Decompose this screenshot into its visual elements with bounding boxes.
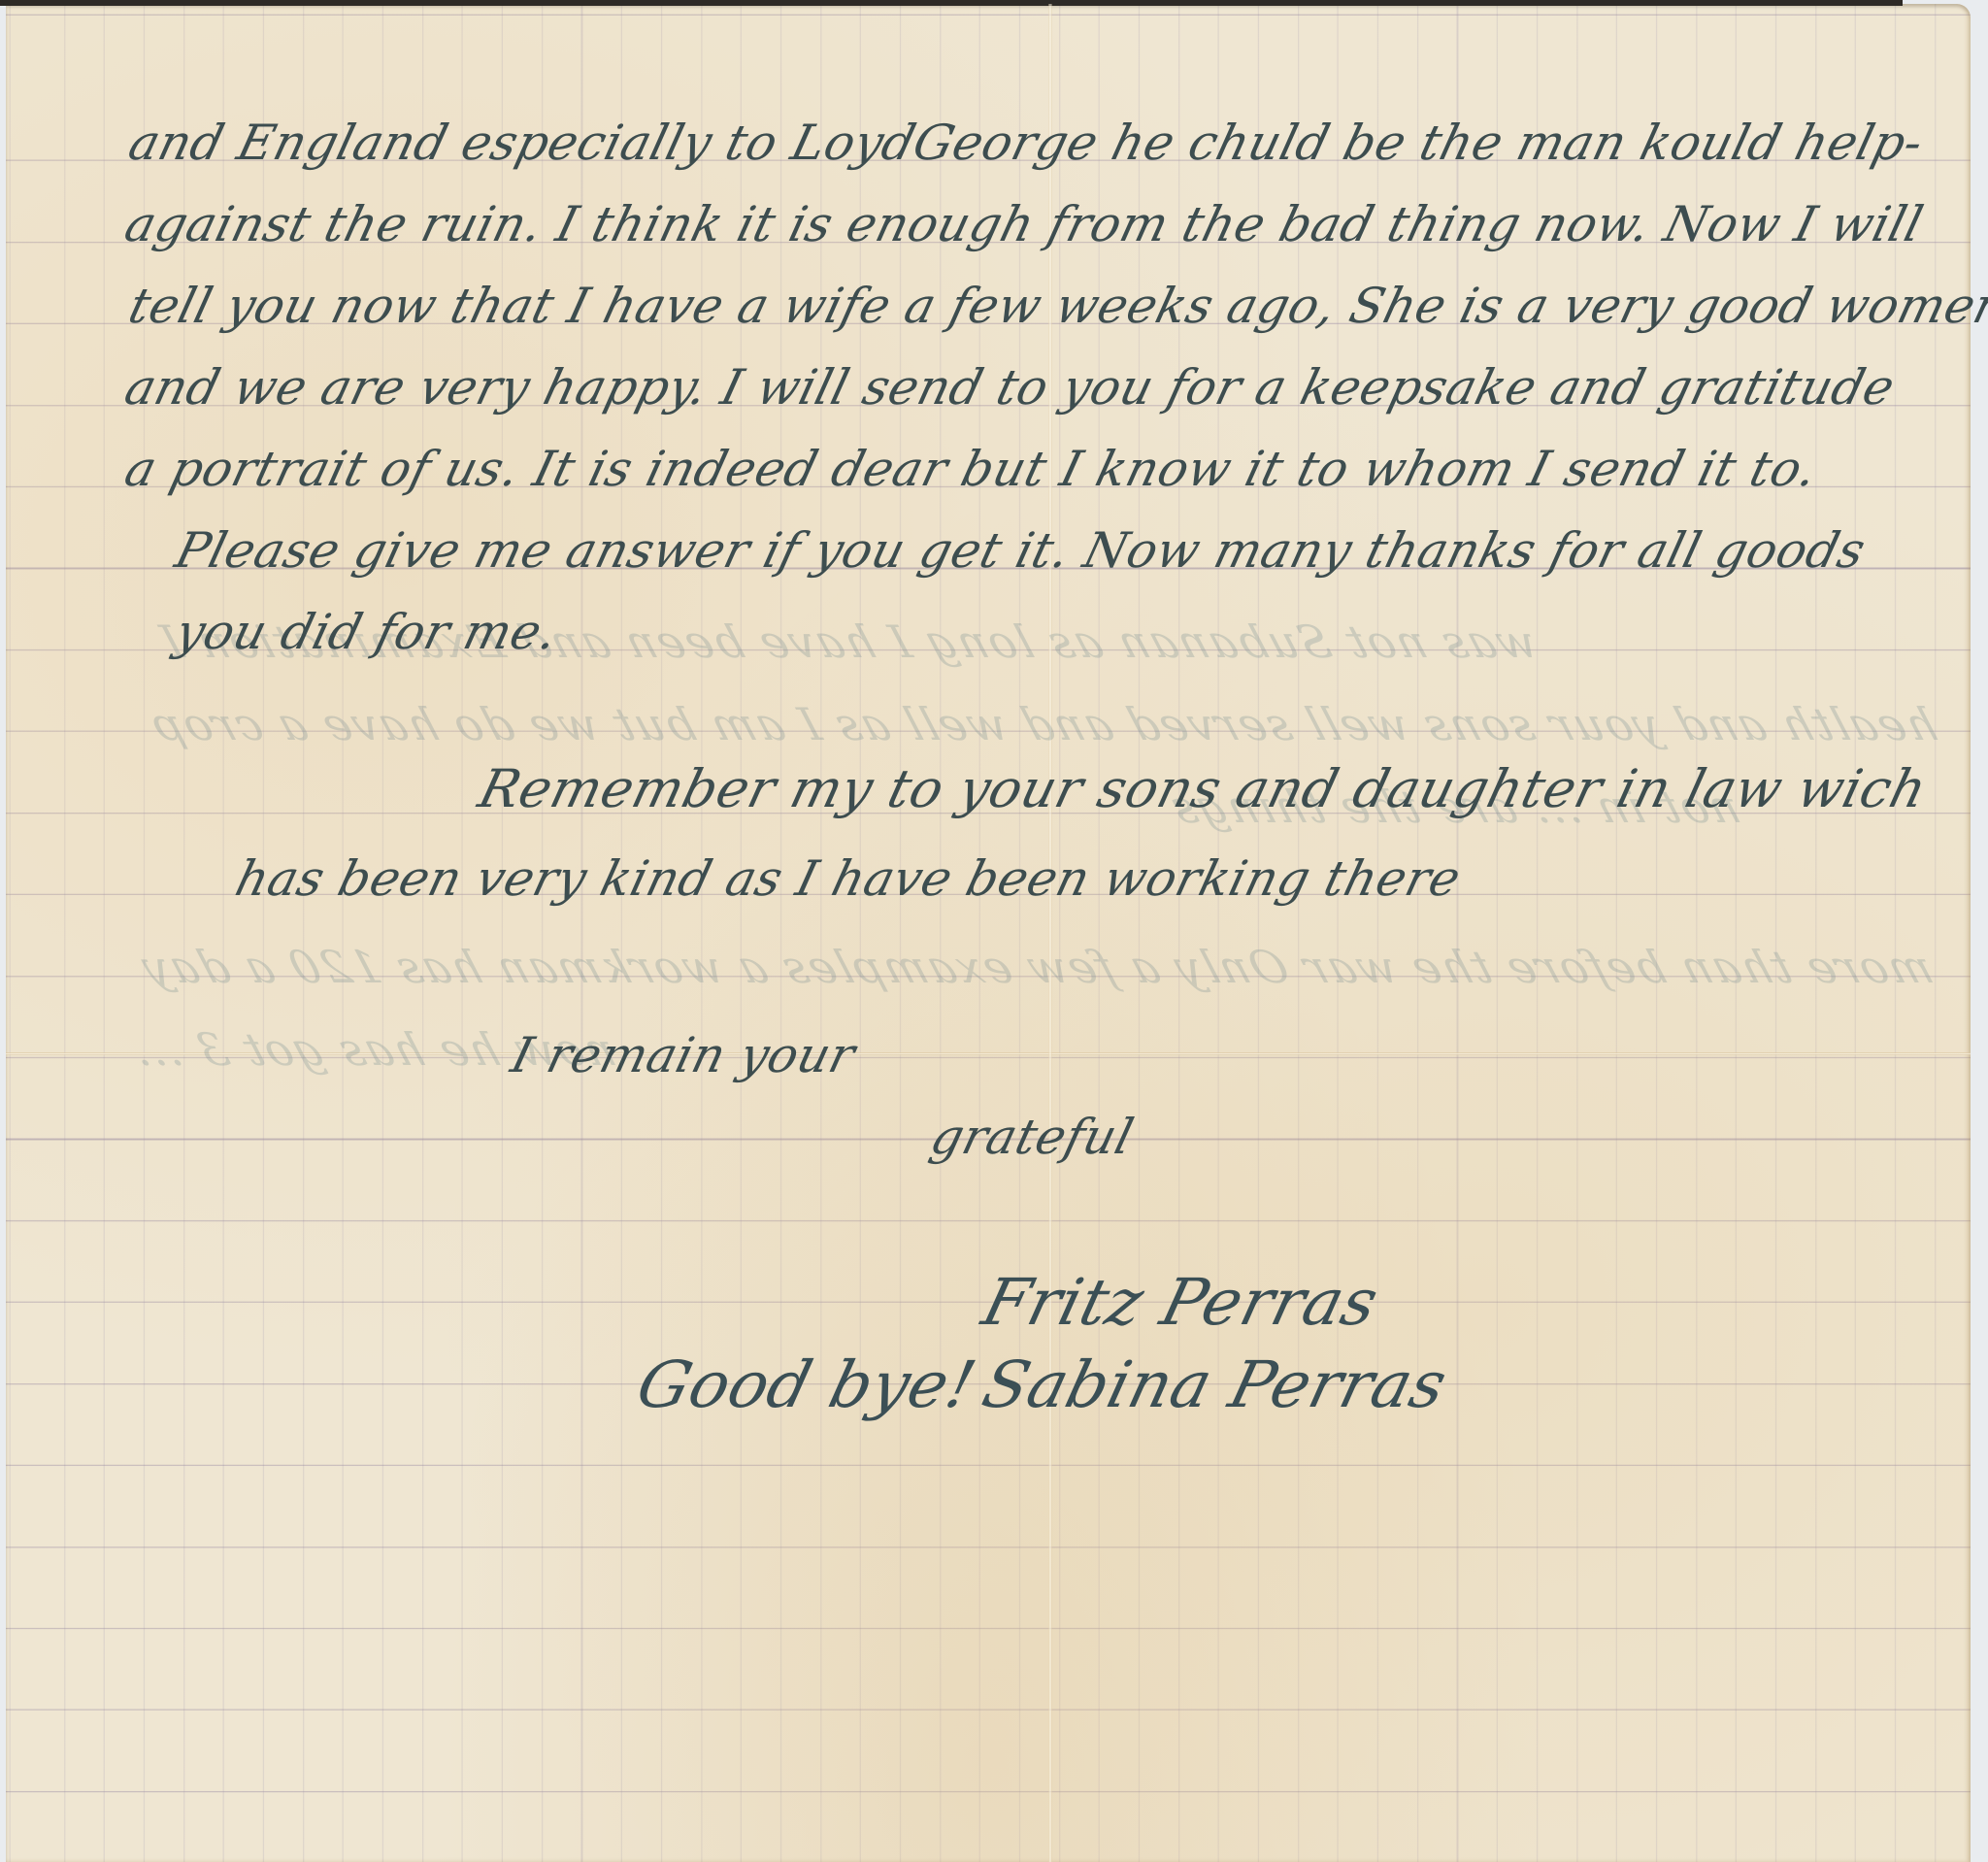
closing-grateful: grateful bbox=[926, 1113, 1139, 1161]
letter-page: was not Subanan as long I have been and … bbox=[6, 4, 1971, 1862]
farewell-good-bye: Good bye! bbox=[631, 1353, 982, 1417]
letter-body-line-5: a portrait of us. It is indeed dear but … bbox=[120, 445, 1822, 493]
signature-fritz-perras: Fritz Perras bbox=[977, 1271, 1384, 1335]
letter-body-line-1: and England especially to LoydGeorge he … bbox=[124, 118, 1928, 167]
closing-i-remain-your: I remain your bbox=[507, 1031, 860, 1080]
horizontal-fold-crease bbox=[6, 1052, 1971, 1055]
bleed-through-line: more than before the war Only a few exam… bbox=[133, 941, 1939, 993]
letter-body-line-6: Please give me answer if you get it. Now… bbox=[171, 526, 1871, 575]
signature-sabina-perras: Sabina Perras bbox=[977, 1353, 1453, 1417]
letter-body-line-4: and we are very happy. I will send to yo… bbox=[120, 363, 1900, 412]
letter-body-line-3: tell you now that I have a wife a few we… bbox=[124, 282, 1988, 330]
remember-line-2: has been very kind as I have been workin… bbox=[231, 854, 1466, 903]
bleed-through-line: health and your sons well served and wel… bbox=[143, 698, 1943, 750]
letter-body-line-7: you did for me. bbox=[171, 608, 563, 656]
letter-body-line-2: against the ruin. I think it is enough f… bbox=[120, 200, 1928, 249]
remember-line-1: Remember my to your sons and daughter in… bbox=[474, 763, 1932, 815]
